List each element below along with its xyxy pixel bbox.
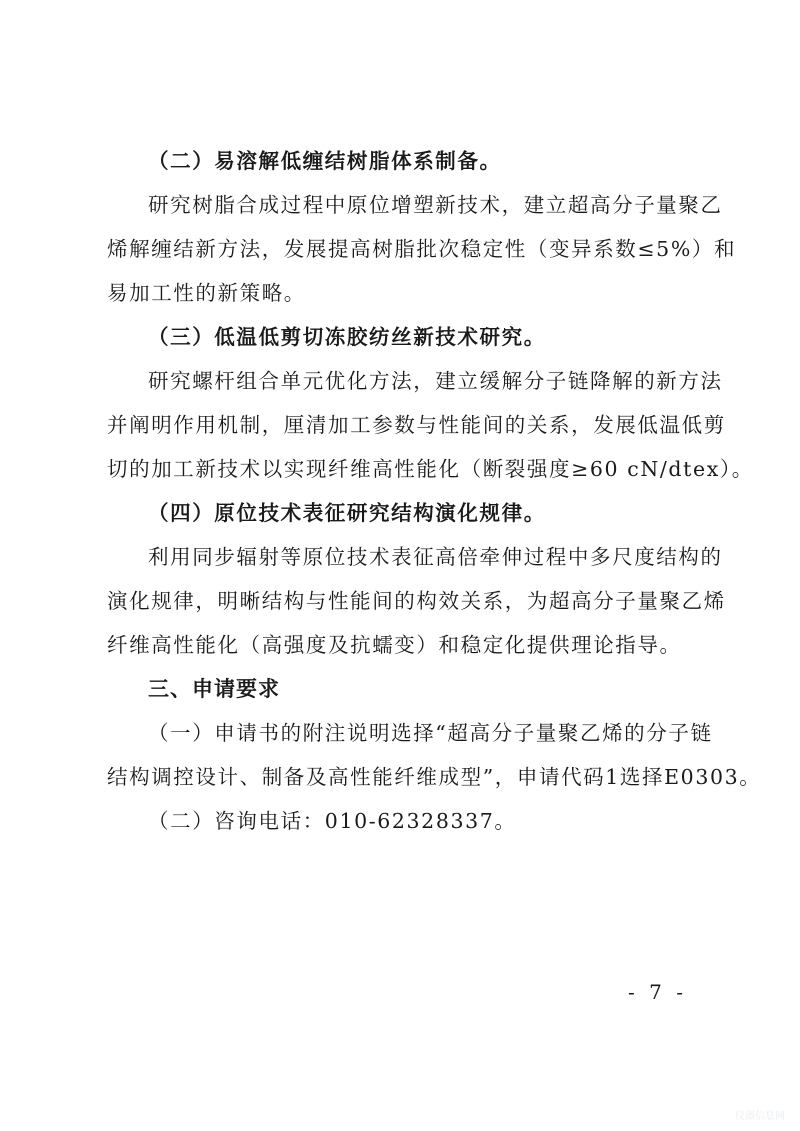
contact-phone-line: （二）咨询电话：010-62328337。 [148, 807, 748, 835]
paragraph-line: 研究螺杆组合单元优化方法，建立缓解分子链降解的新方法 [148, 367, 748, 395]
paragraph-line: 切的加工新技术以实现纤维高性能化（断裂强度≥60 cN/dtex）。 [107, 455, 707, 483]
paragraph-line: 并阐明作用机制，厘清加工参数与性能间的关系，发展低温低剪 [107, 411, 707, 439]
paragraph-line: 演化规律，明晰结构与性能间的构效关系，为超高分子量聚乙烯 [107, 587, 707, 615]
document-page: （二）易溶解低缠结树脂体系制备。 研究树脂合成过程中原位增塑新技术，建立超高分子… [0, 0, 800, 1131]
subheading-gel-spinning: （三）低温低剪切冻胶纺丝新技术研究。 [148, 323, 748, 351]
paragraph-line: 利用同步辐射等原位技术表征高倍牵伸过程中多尺度结构的 [148, 543, 748, 571]
subheading-resin-system: （二）易溶解低缠结树脂体系制备。 [148, 147, 748, 175]
paragraph-line: 纤维高性能化（高强度及抗蠕变）和稳定化提供理论指导。 [107, 631, 707, 659]
subheading-in-situ-characterization: （四）原位技术表征研究结构演化规律。 [148, 499, 748, 527]
paragraph-line: （一）申请书的附注说明选择“超高分子量聚乙烯的分子链 [148, 719, 748, 747]
watermark-logo: 仪器信息网 [735, 1110, 795, 1124]
page-number: - 7 - [628, 978, 687, 1006]
section-heading-application-requirements: 三、申请要求 [148, 675, 748, 703]
paragraph-line: 研究树脂合成过程中原位增塑新技术，建立超高分子量聚乙 [148, 191, 748, 219]
paragraph-line: 烯解缠结新方法，发展提高树脂批次稳定性（变异系数≤5%）和 [107, 235, 707, 263]
paragraph-line: 易加工性的新策略。 [107, 279, 707, 307]
paragraph-line: 结构调控设计、制备及高性能纤维成型”，申请代码1选择E0303。 [107, 763, 707, 791]
